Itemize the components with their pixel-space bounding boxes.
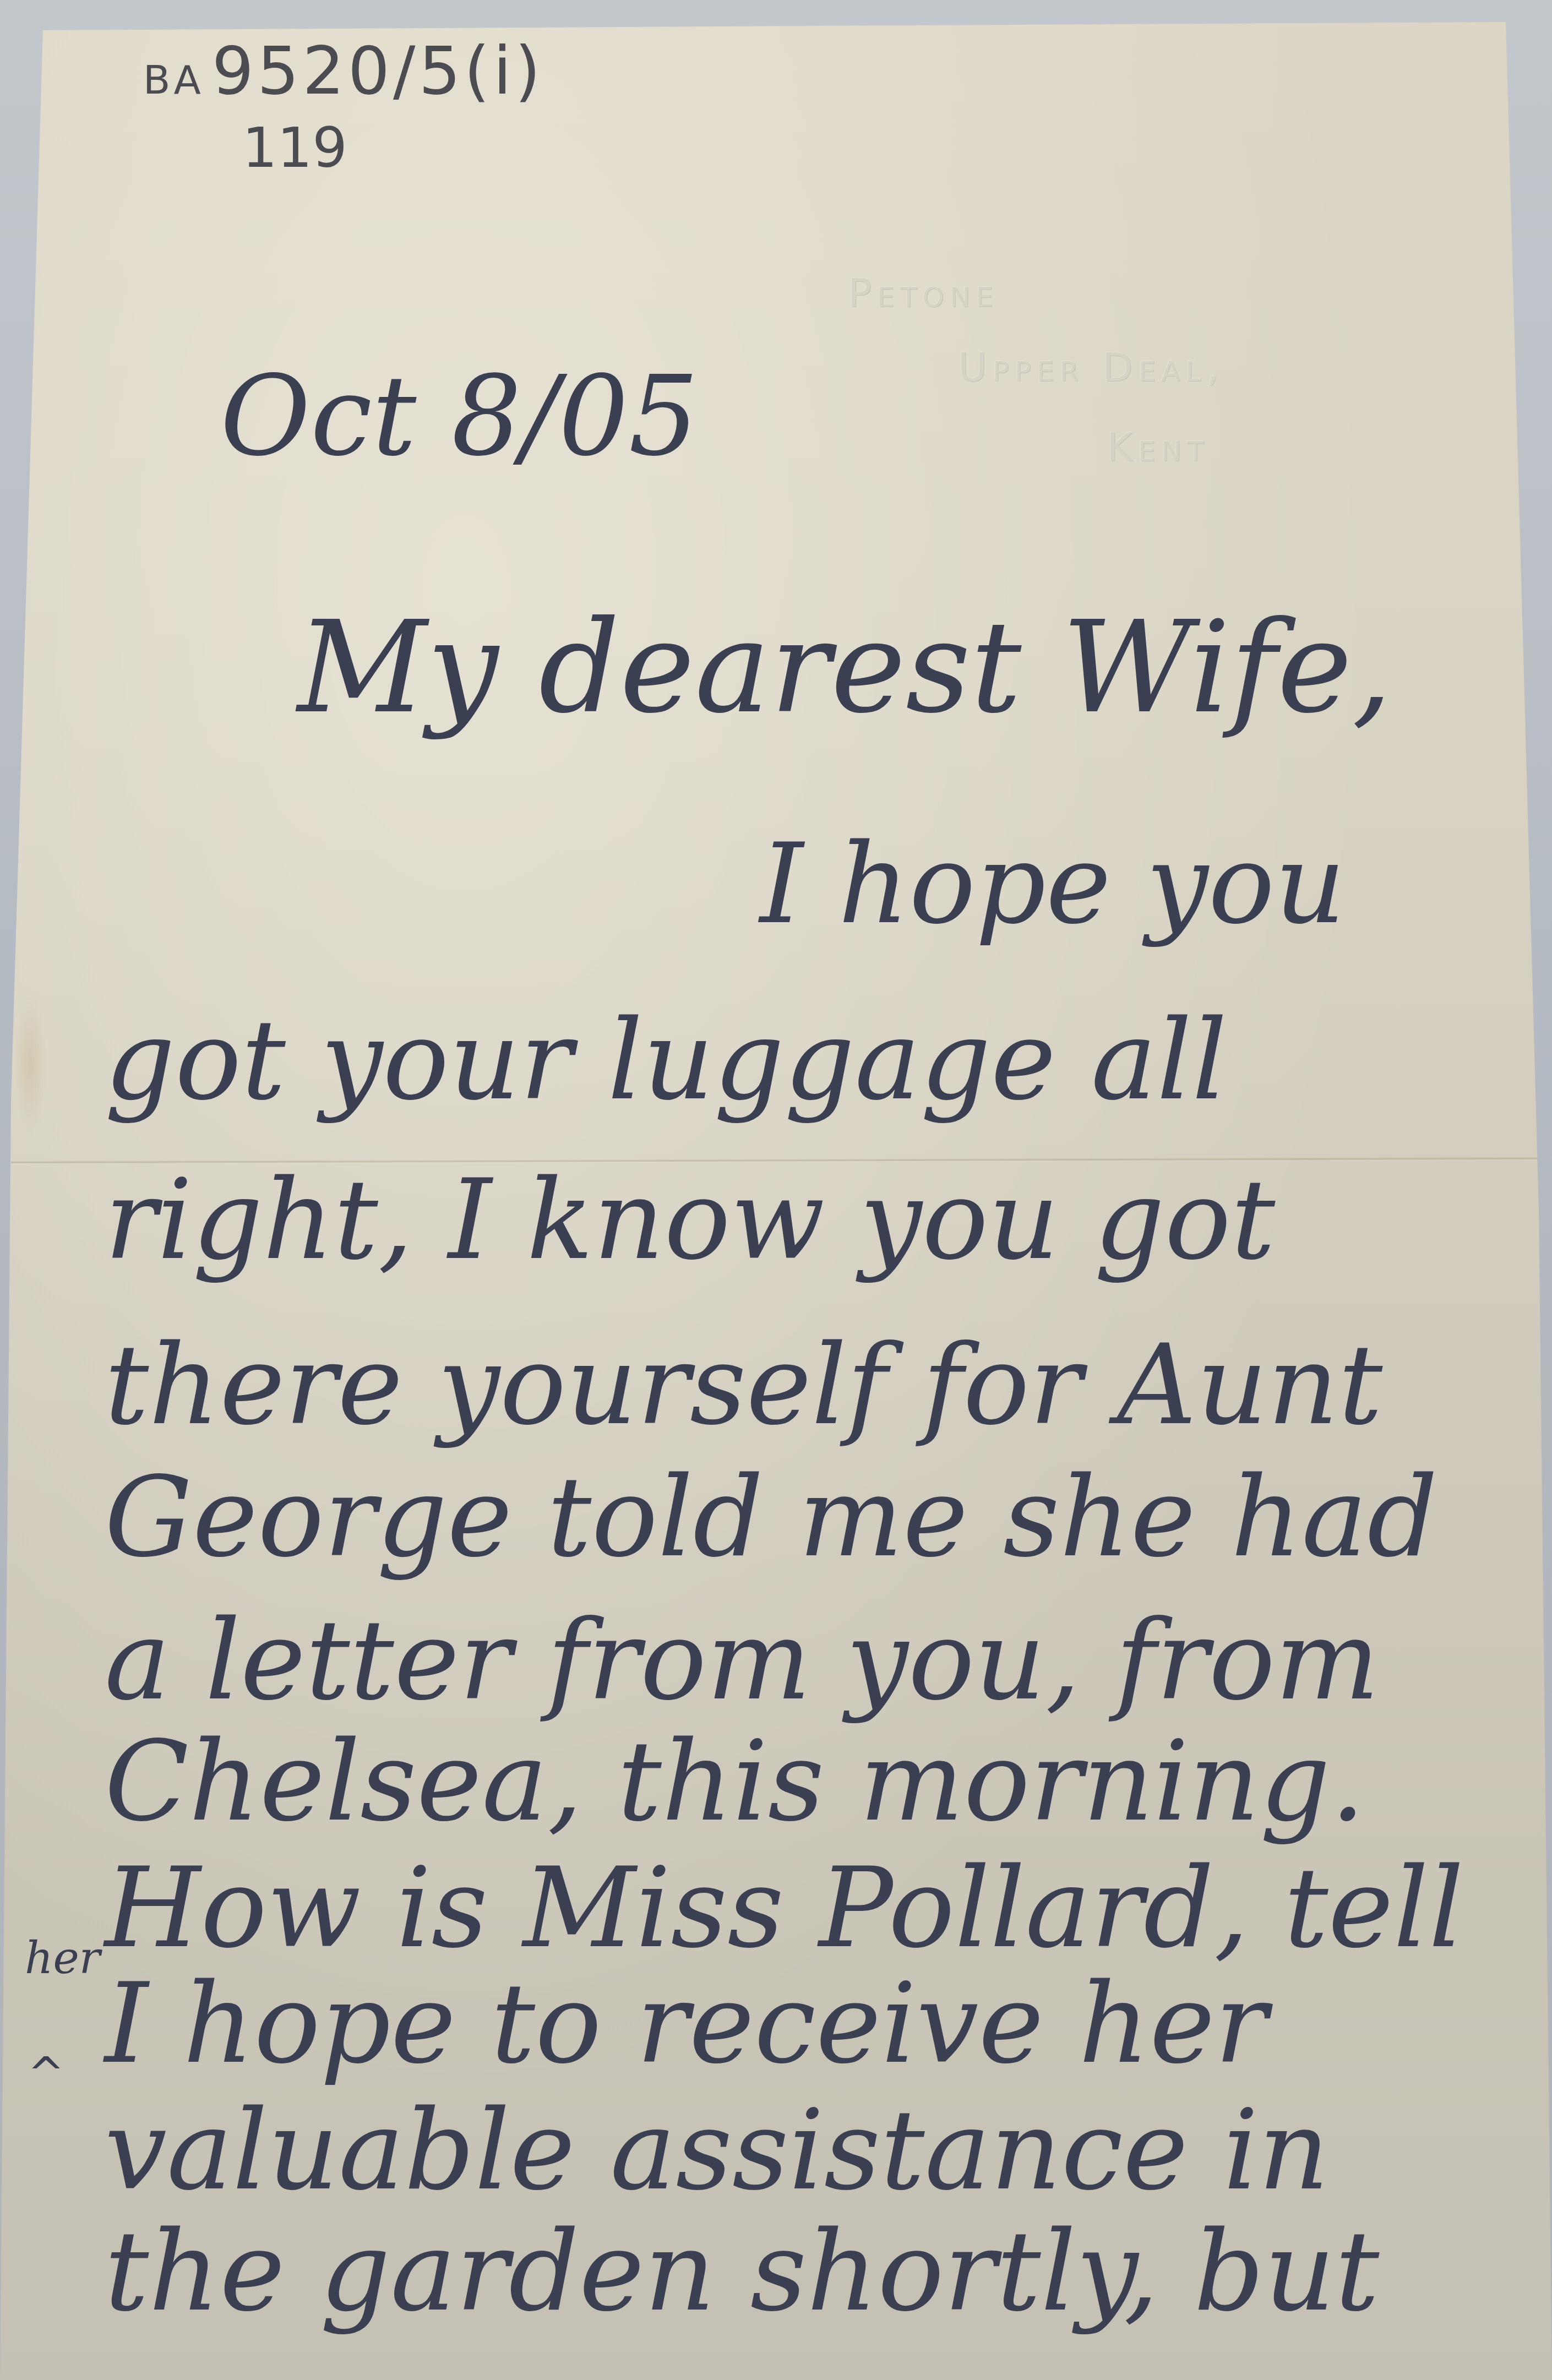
body-line: George told me she had — [105, 1453, 1437, 1582]
interlinear-insertion: her — [25, 1932, 100, 1984]
archive-prefix: BA — [143, 57, 204, 103]
insertion-caret-icon: ^ — [28, 2048, 64, 2099]
body-line: the garden shortly, but — [105, 2208, 1379, 2336]
body-line: got your luggage all — [105, 996, 1227, 1125]
body-line: there yourself for Aunt — [105, 1321, 1382, 1450]
body-line: I hope to receive her — [105, 1960, 1267, 2088]
letterhead-line-2: Upper Deal, — [958, 344, 1224, 390]
paper-stain — [14, 991, 47, 1134]
folio-number: 119 — [242, 116, 347, 180]
salutation: My dearest Wife, — [297, 595, 1392, 742]
letterhead-line-1: Petone — [848, 270, 999, 316]
letter-page: BA9520/5(i) 119 Petone Upper Deal, Kent … — [0, 0, 1552, 2380]
body-line: I hope you — [760, 820, 1346, 949]
body-line: Chelsea, this morning. — [105, 1718, 1365, 1846]
body-line: valuable assistance in — [105, 2087, 1329, 2215]
body-line: a letter from you, from — [105, 1597, 1380, 1725]
archive-number: 9520/5(i) — [212, 33, 544, 110]
body-line: right, I know you got — [105, 1156, 1275, 1284]
body-line: How is Miss Pollard, tell — [105, 1844, 1464, 1973]
letter-date: Oct 8/05 — [220, 352, 699, 481]
letterhead-line-3: Kent — [1107, 424, 1210, 470]
archive-reference: BA9520/5(i) — [143, 33, 544, 110]
